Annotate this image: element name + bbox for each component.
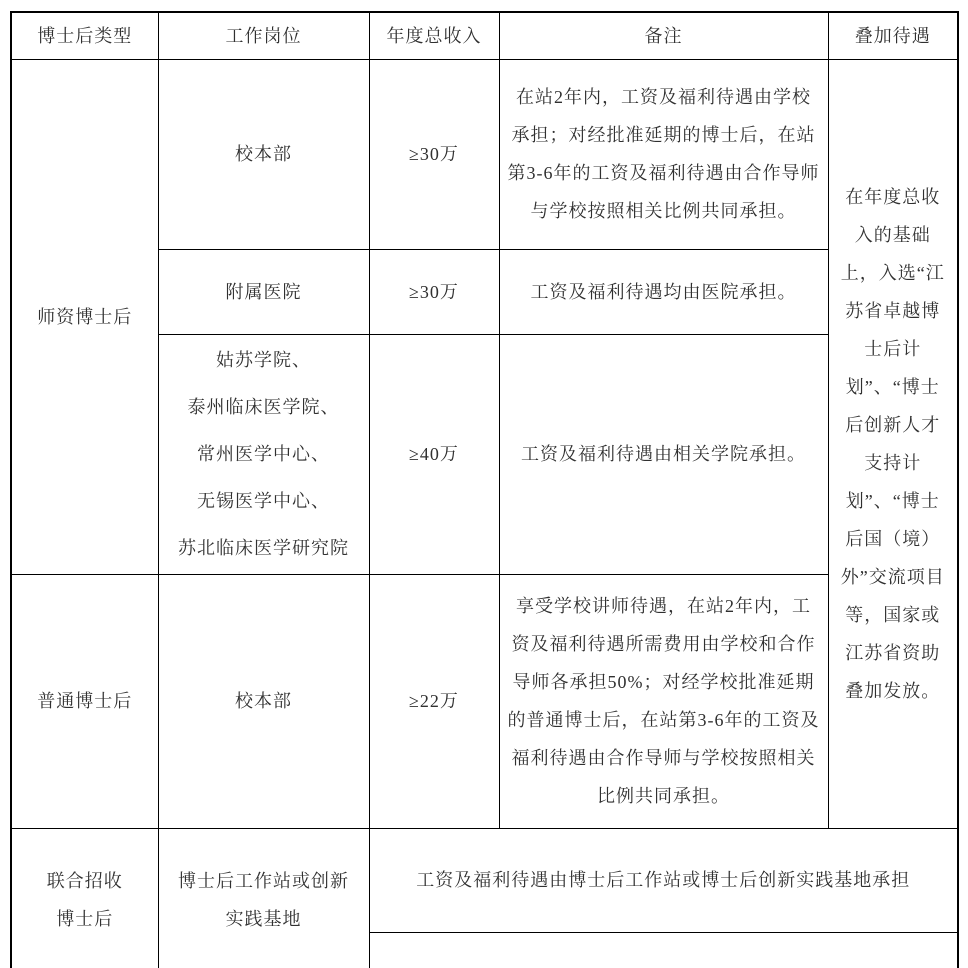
- cell-stacked-benefit: 在年度总收入的基础上，入选“江苏省卓越博士后计划”、“博士后创新人才支持计划”、…: [828, 59, 958, 828]
- table-row-lianhe: 联合招收 博士后 博士后工作站或创新 实践基地 工资及福利待遇由博士后工作站或博…: [11, 828, 958, 932]
- cell-income-30b: ≥30万: [369, 249, 499, 334]
- cell-note-lianhe: 工资及福利待遇由博士后工作站或博士后创新实践基地承担: [369, 828, 958, 932]
- cell-empty-cutoff: [369, 932, 958, 968]
- table-row-putong: 普通博士后 校本部 ≥22万 享受学校讲师待遇，在站2年内，工资及福利待遇所需费…: [11, 574, 958, 828]
- cell-post-main-campus: 校本部: [158, 59, 369, 249]
- header-postdoc-type: 博士后类型: [11, 12, 158, 59]
- cell-note-colleges: 工资及福利待遇由相关学院承担。: [499, 334, 828, 574]
- postdoc-benefits-table: 博士后类型 工作岗位 年度总收入 备注 叠加待遇 师资博士后 校本部 ≥30万 …: [10, 11, 959, 968]
- cell-income-30: ≥30万: [369, 59, 499, 249]
- header-stacked-benefit: 叠加待遇: [828, 12, 958, 59]
- cell-income-40: ≥40万: [369, 334, 499, 574]
- cell-post-hospital: 附属医院: [158, 249, 369, 334]
- cell-note-hospital: 工资及福利待遇均由医院承担。: [499, 249, 828, 334]
- table-row-shizi-main-campus: 师资博士后 校本部 ≥30万 在站2年内，工资及福利待遇由学校承担；对经批准延期…: [11, 59, 958, 249]
- header-annual-income: 年度总收入: [369, 12, 499, 59]
- cell-income-22: ≥22万: [369, 574, 499, 828]
- cell-note-putong: 享受学校讲师待遇，在站2年内，工资及福利待遇所需费用由学校和合作导师各承担50%…: [499, 574, 828, 828]
- cell-post-colleges: 姑苏学院、 泰州临床医学院、 常州医学中心、 无锡医学中心、 苏北临床医学研究院: [158, 334, 369, 574]
- page: 博士后类型 工作岗位 年度总收入 备注 叠加待遇 师资博士后 校本部 ≥30万 …: [0, 0, 968, 968]
- cell-type-shizi: 师资博士后: [11, 59, 158, 574]
- cell-post-putong: 校本部: [158, 574, 369, 828]
- cell-type-lianhe: 联合招收 博士后: [11, 828, 158, 968]
- header-work-post: 工作岗位: [158, 12, 369, 59]
- header-row: 博士后类型 工作岗位 年度总收入 备注 叠加待遇: [11, 12, 958, 59]
- cell-post-lianhe: 博士后工作站或创新 实践基地: [158, 828, 369, 968]
- cell-note-shizi-main-campus: 在站2年内，工资及福利待遇由学校承担；对经批准延期的博士后，在站第3-6年的工资…: [499, 59, 828, 249]
- cell-type-putong: 普通博士后: [11, 574, 158, 828]
- header-remarks: 备注: [499, 12, 828, 59]
